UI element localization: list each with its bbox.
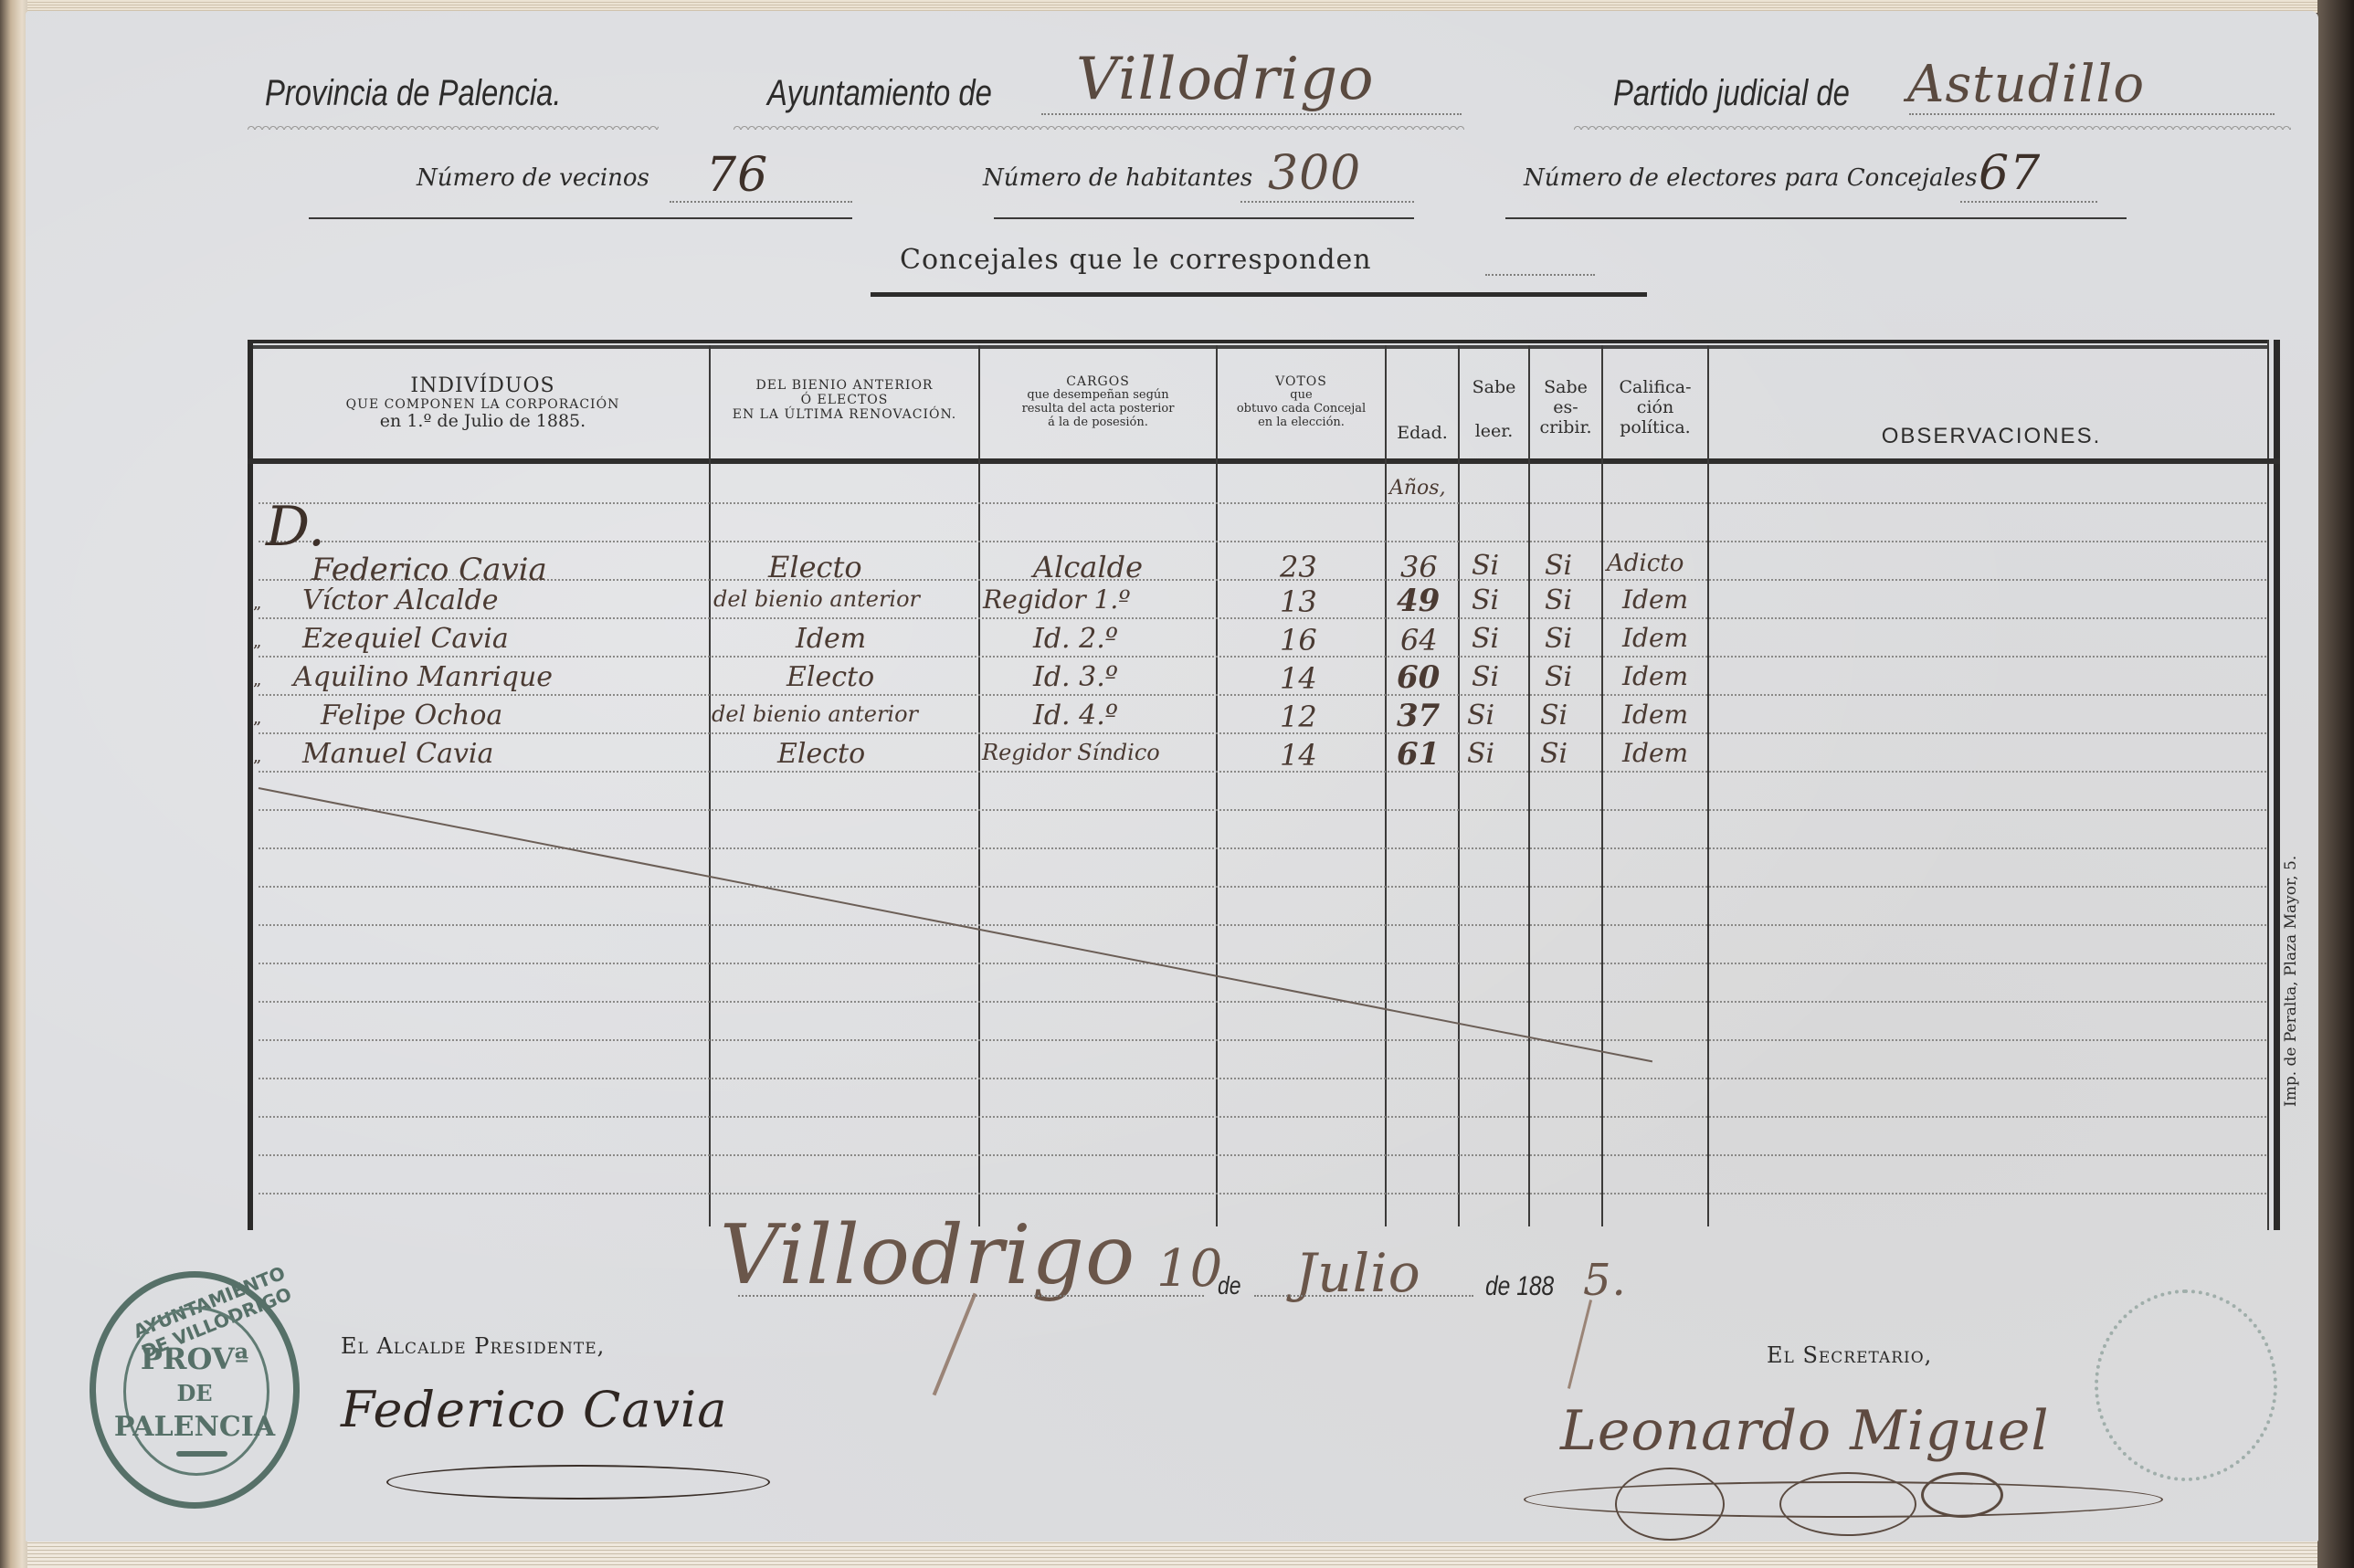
partido-line — [1909, 113, 2275, 115]
printer-imprint: Imp. de Peralta, Plaza Mayor, 5. — [2282, 856, 2300, 1107]
cell-calificacion: Idem — [1622, 584, 1688, 615]
cell-escribir: Si — [1540, 738, 1568, 770]
cell-cargo: Id. 2.º — [1033, 623, 1118, 655]
wavy-divider — [248, 122, 659, 130]
header-sub: es- — [1530, 398, 1601, 418]
ditto-mark: „ — [253, 709, 261, 728]
vecinos-value: 76 — [706, 148, 768, 203]
cell-nombre: Federico Cavia — [311, 552, 547, 588]
cell-cargo: Alcalde — [1033, 550, 1143, 584]
date-year-suffix: 5. — [1583, 1255, 1627, 1306]
header-sub: ción — [1603, 398, 1707, 418]
header-title: CARGOS — [980, 374, 1216, 389]
row-line — [259, 1116, 2266, 1118]
cell-edad: 60 — [1397, 659, 1440, 696]
cell-bienio: Electo — [786, 661, 874, 693]
ayuntamiento-line — [1041, 113, 1462, 115]
habitantes-label: Número de habitantes — [983, 164, 1252, 192]
cell-cargo: Regidor Síndico — [982, 740, 1160, 765]
header-sub: que desempeñan según — [980, 389, 1216, 403]
cell-nombre: Felipe Ochoa — [321, 700, 502, 731]
cell-votos: 16 — [1280, 623, 1317, 658]
cell-votos: 13 — [1280, 584, 1317, 619]
vecinos-line — [670, 201, 852, 203]
header-sub: Edad. — [1387, 424, 1458, 444]
cell-cargo: Id. 4.º — [1033, 700, 1118, 731]
book-binding-left — [0, 0, 27, 1568]
header-sub: en la elección. — [1218, 416, 1385, 430]
cell-nombre: Ezequiel Cavia — [302, 623, 509, 655]
municipal-seal-stamp: AYUNTAMIENTO DE VILLODRIGO PROVª DE PALE… — [90, 1271, 300, 1509]
cell-escribir: Si — [1545, 584, 1572, 616]
header-title: INDIVÍDUOS — [257, 374, 709, 397]
header-edad: Edad. — [1387, 424, 1458, 444]
header-sub: ó electos — [711, 393, 978, 407]
ditto-mark: „ — [253, 594, 261, 613]
concejales-table: INDIVÍDUOS que componen la corporación e… — [248, 340, 2280, 1230]
header-sub: leer. — [1460, 422, 1528, 442]
vecinos-label: Número de vecinos — [417, 164, 649, 192]
underline — [309, 217, 852, 219]
header-calificacion: Califica- ción política. — [1603, 378, 1707, 438]
column-divider — [1216, 345, 1218, 1226]
cell-nombre: Manuel Cavia — [302, 738, 493, 770]
header-sub: Sabe — [1530, 378, 1601, 398]
year-flourish — [1568, 1300, 1592, 1389]
column-divider — [978, 345, 980, 1226]
date-de-1: de — [1218, 1271, 1241, 1300]
cell-cargo: Id. 3.º — [1033, 661, 1118, 693]
row-line — [259, 1078, 2266, 1079]
row-line — [259, 1039, 2266, 1041]
row-line — [259, 1001, 2266, 1003]
concejales-label: Concejales que le corresponden — [900, 244, 1372, 276]
habitantes-line — [1240, 201, 1414, 203]
cell-escribir: Si — [1540, 700, 1568, 731]
row-line — [259, 656, 2266, 658]
cell-bienio: del bienio anterior — [712, 701, 918, 727]
ayuntamiento-value: Villodrigo — [1076, 46, 1375, 113]
edad-unit: Años, — [1389, 477, 1446, 500]
header-sub: en 1.º de Julio de 1885. — [257, 412, 709, 432]
row-line — [259, 502, 2266, 504]
electores-value: 67 — [1979, 146, 2041, 201]
header-sub: Sabe — [1460, 378, 1528, 398]
underline — [994, 217, 1414, 219]
ayuntamiento-label: Ayuntamiento de — [767, 73, 992, 114]
provincia-label: Provincia de Palencia. — [265, 73, 562, 114]
header-cargos: CARGOS que desempeñan según resulta del … — [980, 374, 1216, 430]
header-sub: resulta del acta posterior — [980, 403, 1216, 416]
row-line — [259, 1193, 2266, 1194]
alcalde-signature: Federico Cavia — [341, 1381, 727, 1438]
cell-calificacion: Idem — [1622, 700, 1688, 730]
partido-label: Partido judicial de — [1613, 73, 1850, 114]
alcalde-label: El Alcalde Presidente, — [341, 1333, 605, 1359]
header-title: DEL BIENIO ANTERIOR — [711, 378, 978, 393]
table-left-border — [248, 340, 253, 1230]
header-votos: VOTOS que obtuvo cada Concejal en la ele… — [1218, 374, 1385, 430]
row-line — [259, 694, 2266, 696]
underline — [1505, 217, 2127, 219]
wavy-divider — [734, 122, 1464, 130]
column-divider — [1385, 345, 1387, 1226]
cell-escribir: Si — [1545, 623, 1572, 655]
ditto-mark: „ — [253, 632, 261, 651]
cell-bienio: del bienio anterior — [713, 586, 920, 612]
date-flourish — [933, 1293, 977, 1396]
electores-line — [1960, 201, 2097, 203]
ditto-mark: „ — [253, 670, 261, 689]
header-sub: política. — [1603, 418, 1707, 438]
row-line — [259, 1154, 2266, 1156]
cell-edad: 61 — [1397, 736, 1440, 773]
cell-leer: Si — [1467, 700, 1494, 731]
header-observaciones: OBSERVACIONES. — [1709, 424, 2274, 449]
header-sabe-leer: Sabe leer. — [1460, 378, 1528, 442]
cell-leer: Si — [1467, 738, 1494, 770]
row-line — [259, 617, 2266, 619]
stamp-dash — [176, 1451, 227, 1457]
cell-calificacion: Idem — [1622, 661, 1688, 691]
book-binding-right — [2317, 0, 2354, 1568]
stamp-line-3: PALENCIA — [96, 1411, 293, 1443]
cell-bienio: Idem — [796, 623, 866, 655]
page-stack-bottom — [27, 1540, 2317, 1568]
table-header-rule — [248, 458, 2280, 464]
partido-value: Astudillo — [1907, 55, 2145, 114]
cell-leer: Si — [1472, 550, 1499, 582]
secretario-signature: Leonardo Miguel — [1560, 1399, 2050, 1463]
stamp-line-2: DE — [96, 1380, 293, 1406]
section-rule — [871, 292, 1647, 297]
cell-bienio: Electo — [768, 550, 862, 584]
date-de-2: de 188 — [1485, 1271, 1554, 1302]
cell-edad: 64 — [1400, 623, 1438, 658]
header-sub: que componen la corporación — [257, 397, 709, 412]
habitantes-value: 300 — [1268, 146, 1361, 201]
table-right-border — [2274, 340, 2280, 1230]
header-sub: cribir. — [1530, 418, 1601, 438]
secretario-flourish — [1615, 1468, 1725, 1541]
row-line — [259, 809, 2266, 811]
date-month-line — [1254, 1295, 1473, 1297]
header-sabe-escribir: Sabe es- cribir. — [1530, 378, 1601, 438]
column-divider — [709, 345, 711, 1226]
cell-edad: 37 — [1397, 698, 1440, 734]
cell-escribir: Si — [1545, 550, 1572, 582]
faint-seal-stamp — [2095, 1289, 2277, 1481]
header-individuos: INDIVÍDUOS que componen la corporación e… — [257, 374, 709, 432]
column-divider — [1601, 345, 1603, 1226]
date-place: Villodrigo — [720, 1207, 1135, 1303]
secretario-flourish — [1921, 1472, 2003, 1518]
alcalde-signature-flourish — [386, 1465, 770, 1500]
cell-calificacion: Adicto — [1607, 550, 1684, 577]
header-sub: en la última renovación. — [711, 407, 978, 422]
column-divider — [1458, 345, 1460, 1226]
cell-edad: 49 — [1397, 583, 1440, 619]
cell-leer: Si — [1472, 661, 1499, 693]
cell-votos: 14 — [1280, 661, 1317, 696]
column-divider — [1707, 345, 1709, 1226]
cell-bienio: Electo — [777, 738, 865, 770]
don-prefix: D. — [266, 495, 325, 559]
row-line — [259, 886, 2266, 888]
date-day: 10 — [1156, 1239, 1223, 1299]
header-bienio: DEL BIENIO ANTERIOR ó electos en la últi… — [711, 378, 978, 422]
concejales-line — [1485, 274, 1595, 276]
row-line — [259, 771, 2266, 773]
cell-edad: 36 — [1400, 550, 1438, 584]
column-divider — [1528, 345, 1530, 1226]
row-line — [259, 579, 2266, 581]
secretario-flourish — [1779, 1472, 1916, 1536]
cell-leer: Si — [1472, 623, 1499, 655]
stamp-line-1: PROVª — [96, 1342, 293, 1376]
cell-votos: 23 — [1280, 550, 1317, 584]
cell-cargo: Regidor 1.º — [983, 584, 1130, 615]
table-top-border — [248, 340, 2280, 345]
ditto-mark: „ — [253, 747, 261, 766]
header-sub: obtuvo cada Concejal — [1218, 403, 1385, 416]
cell-nombre: Aquilino Manrique — [293, 661, 553, 693]
wavy-divider — [1574, 122, 2291, 130]
header-sub: á la de posesión. — [980, 416, 1216, 430]
cell-calificacion: Idem — [1622, 623, 1688, 653]
row-line — [259, 732, 2266, 734]
cell-escribir: Si — [1545, 661, 1572, 693]
electores-label: Número de electores para Concejales — [1524, 164, 1978, 192]
cell-nombre: Víctor Alcalde — [302, 584, 499, 616]
cell-votos: 12 — [1280, 700, 1317, 734]
cell-votos: 14 — [1280, 738, 1317, 773]
header-sub: Califica- — [1603, 378, 1707, 398]
document-page: Provincia de Palencia. Ayuntamiento de V… — [26, 11, 2318, 1542]
secretario-label: El Secretario, — [1767, 1342, 1932, 1368]
cell-leer: Si — [1472, 584, 1499, 616]
row-line — [259, 541, 2266, 542]
row-line — [259, 924, 2266, 926]
row-line — [259, 963, 2266, 964]
cell-calificacion: Idem — [1622, 738, 1688, 768]
header-sub: que — [1218, 389, 1385, 403]
header-title: VOTOS — [1218, 374, 1385, 389]
